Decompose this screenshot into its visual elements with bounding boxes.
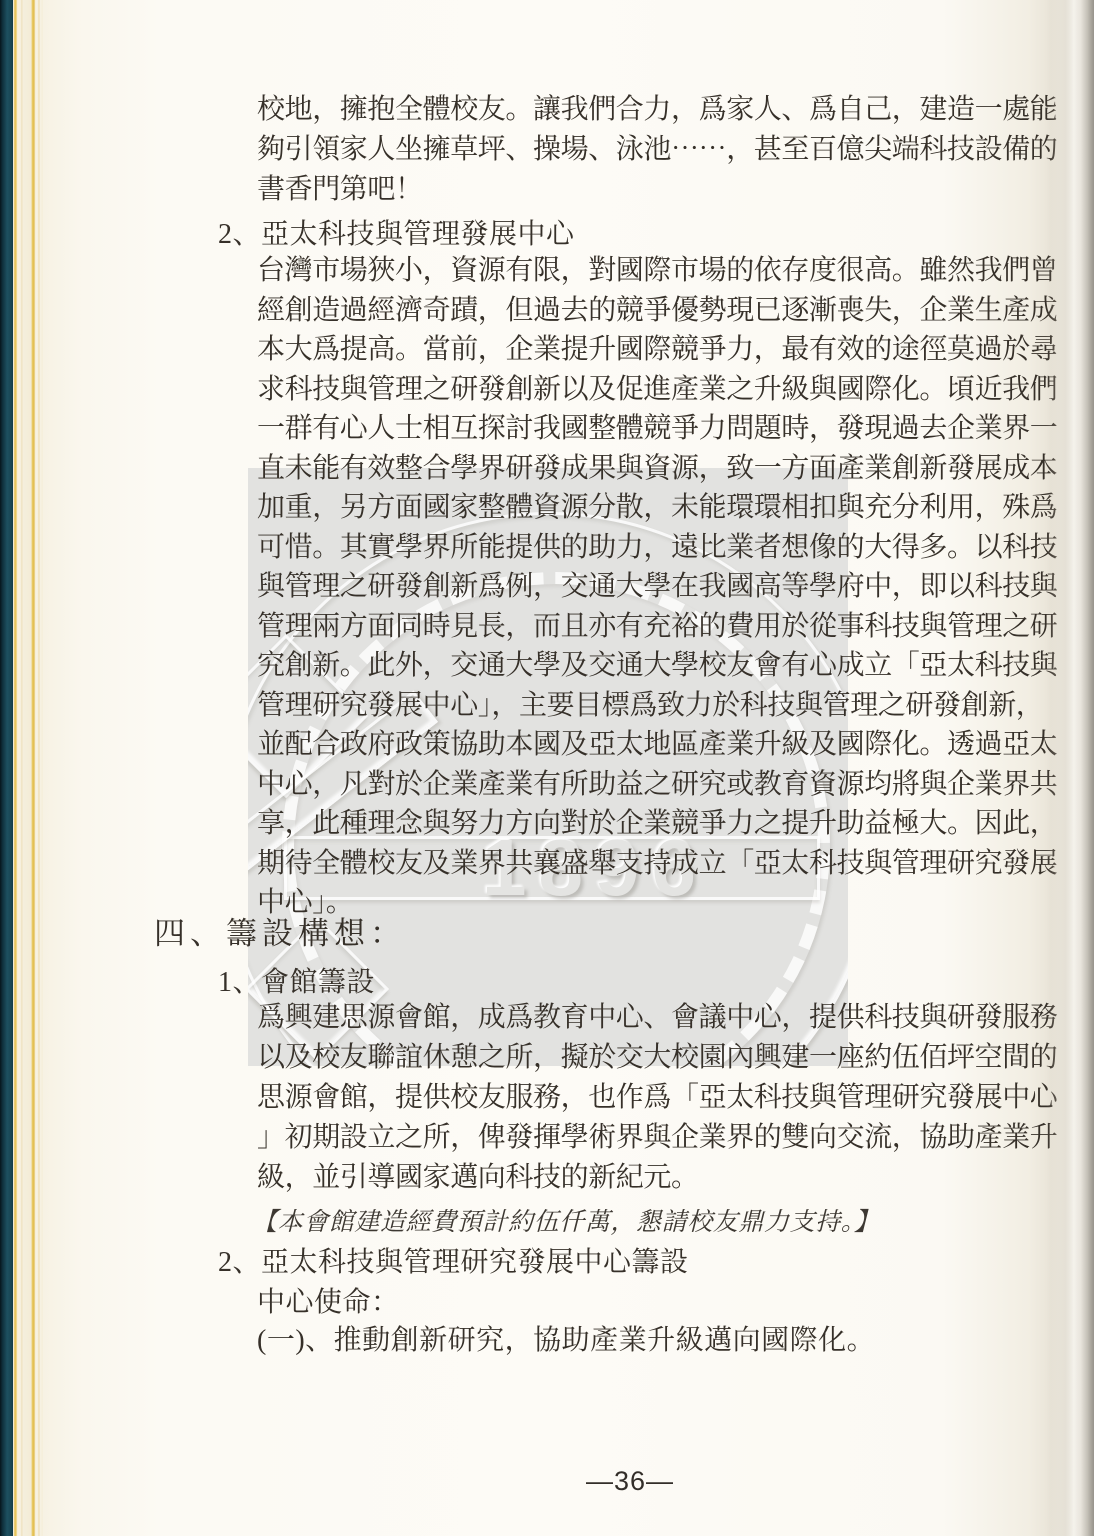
hall-heading: 1、會館籌設 <box>218 960 375 1000</box>
hall-funding-note: 【本會館建造經費預計約伍仟萬，懇請校友鼎力支持。】 <box>252 1202 880 1238</box>
item2-body: 台灣市場狹小，資源有限，對國際市場的依存度很高。雖然我們曾 經創造過經濟奇蹟，但… <box>257 251 1057 923</box>
text-line: 經創造過經濟奇蹟，但過去的競爭優勢現已逐漸喪失，企業生產成 <box>257 291 1057 331</box>
section4-heading: 四、籌設構想： <box>154 908 406 953</box>
intro-paragraph: 校地，擁抱全體校友。讓我們合力，爲家人、爲自己，建造一處能 夠引領家人坐擁草坪、… <box>257 90 1057 210</box>
scanned-book-page: 1896 校地，擁抱全體校友。讓我們合力，爲家人、爲自己，建造一處能 夠引領家人… <box>0 0 1094 1536</box>
page-edge-stack <box>13 0 43 1536</box>
text-line: 可惜。其實學界所能提供的助力，遠比業者想像的大得多。以科技 <box>257 528 1057 568</box>
text-line: 書香門第吧！ <box>257 170 1057 210</box>
text-line: 思源會館，提供校友服務，也作爲「亞太科技與管理研究發展中心 <box>257 1078 1057 1118</box>
text-line: 究創新。此外，交通大學及交通大學校友會有心成立「亞太科技與 <box>257 646 1057 686</box>
text-line: 加重，另方面國家整體資源分散，未能環環相扣與充分利用，殊爲 <box>257 488 1057 528</box>
text-line: 管理研究發展中心」，主要目標爲致力於科技與管理之研發創新， <box>257 686 1057 726</box>
center-heading: 2、亞太科技與管理研究發展中心籌設 <box>218 1240 689 1280</box>
text-line: 享，此種理念與努力方向對於企業競爭力之提升助益極大。因此， <box>257 804 1057 844</box>
text-line: 爲興建思源會館，成爲教育中心、會議中心，提供科技與研發服務 <box>257 998 1057 1038</box>
text-line: 校地，擁抱全體校友。讓我們合力，爲家人、爲自己，建造一處能 <box>257 90 1057 130</box>
text-line: 夠引領家人坐擁草坪、操場、泳池⋯⋯，甚至百億尖端科技設備的 <box>257 130 1057 170</box>
binding-gutter-shadow <box>1046 0 1094 1536</box>
text-line: 本大爲提高。當前，企業提升國際競爭力，最有效的途徑莫過於尋 <box>257 330 1057 370</box>
text-line: 求科技與管理之研發創新以及促進產業之升級與國際化。頃近我們 <box>257 370 1057 410</box>
text-line: 期待全體校友及業界共襄盛舉支持成立「亞太科技與管理研究發展 <box>257 844 1057 884</box>
text-line: 」初期設立之所，俾發揮學術界與企業界的雙向交流，協助產業升 <box>257 1118 1057 1158</box>
text-line: 與管理之研發創新爲例，交通大學在我國高等學府中，即以科技與 <box>257 567 1057 607</box>
text-line: 並配合政府政策協助本國及亞太地區產業升級及國際化。透過亞太 <box>257 725 1057 765</box>
center-mission-item-1: (一)、推動創新研究，協助產業升級邁向國際化。 <box>257 1318 875 1358</box>
page-number: —36— <box>560 1466 700 1497</box>
text-line: 中心，凡對於企業產業有所助益之研究或教育資源均將與企業界共 <box>257 765 1057 805</box>
text-line: 直未能有效整合學界研發成果與資源，致一方面產業創新發展成本 <box>257 449 1057 489</box>
hall-body: 爲興建思源會館，成爲教育中心、會議中心，提供科技與研發服務 以及校友聯誼休憩之所… <box>257 998 1057 1198</box>
text-line: 級，並引導國家邁向科技的新紀元。 <box>257 1158 1057 1198</box>
book-spine <box>0 0 13 1536</box>
center-mission-label: 中心使命： <box>257 1280 400 1320</box>
text-line: 台灣市場狹小，資源有限，對國際市場的依存度很高。雖然我們曾 <box>257 251 1057 291</box>
item2-heading: 2、亞太科技與管理發展中心 <box>218 212 575 252</box>
text-line: 一群有心人士相互探討我國整體競爭力問題時，發現過去企業界一 <box>257 409 1057 449</box>
text-line: 管理兩方面同時見長，而且亦有充裕的費用於從事科技與管理之研 <box>257 607 1057 647</box>
text-line: 以及校友聯誼休憩之所，擬於交大校園內興建一座約伍佰坪空間的 <box>257 1038 1057 1078</box>
